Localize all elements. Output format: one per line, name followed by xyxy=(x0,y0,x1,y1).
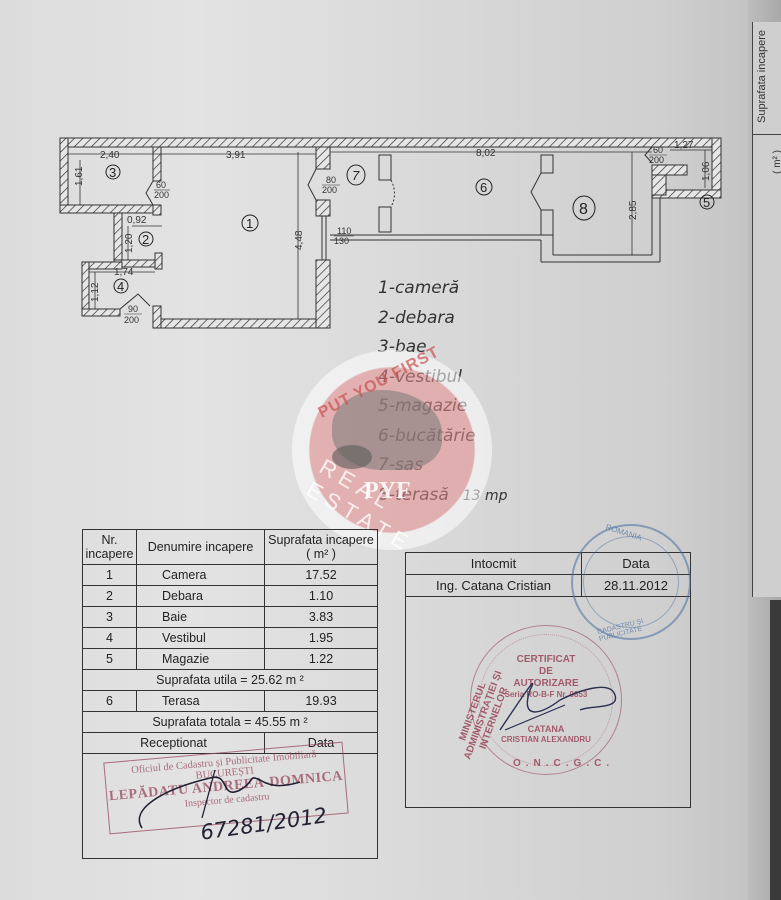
cell-nr: 5 xyxy=(83,649,137,670)
door-storage-height: 200 xyxy=(649,155,664,165)
cell-name: Vestibul xyxy=(137,628,265,649)
cell-name: Terasa xyxy=(137,691,265,712)
watermark-logo: PUT YOU FIRST PYF REAL ESTATE xyxy=(292,350,492,550)
room-number-3: 3 xyxy=(109,165,116,180)
door-terrace-height: 200 xyxy=(322,185,337,195)
room-number-4: 4 xyxy=(117,279,124,294)
window-top: 110 xyxy=(337,226,351,236)
terrace-outline xyxy=(322,198,660,262)
cell-area: 17.52 xyxy=(265,565,378,586)
dim-room1-width: 3,91 xyxy=(226,150,246,161)
header-name: Denumire incapere xyxy=(137,530,265,565)
rooms-table: Nr. incapere Denumire incapere Suprafata… xyxy=(82,529,378,754)
usable-area-row: Suprafata utila = 25.62 m ² xyxy=(83,670,378,691)
legend-item: 1-cameră xyxy=(378,274,508,304)
door-bath-height: 200 xyxy=(154,190,169,200)
dim-room2-height: 1,20 xyxy=(124,233,135,253)
cell-area: 3.83 xyxy=(265,607,378,628)
cell-area: 1.22 xyxy=(265,649,378,670)
room-number-5: 5 xyxy=(703,195,710,210)
window-bottom: 130 xyxy=(334,236,349,246)
table-header-row: Nr. incapere Denumire incapere Suprafata… xyxy=(83,530,378,565)
engineer-signature-icon xyxy=(490,660,630,740)
dim-room4-width: 1,74 xyxy=(114,267,134,278)
prepared-label: Intocmit xyxy=(406,553,582,575)
cell-nr: 4 xyxy=(83,628,137,649)
header-nr: Nr. incapere xyxy=(83,530,137,565)
room-number-8: 8 xyxy=(579,201,588,218)
table-row: 6 Terasa 19.93 xyxy=(83,691,378,712)
door-terrace-width: 80 xyxy=(326,175,336,185)
auth-stamp-org: O.N.C.G.C. xyxy=(513,758,614,769)
header-area: Suprafata incapere ( m² ) xyxy=(265,530,378,565)
cell-area: 19.93 xyxy=(265,691,378,712)
door-bath-width: 60 xyxy=(156,180,166,190)
dim-terrace-length: 8,02 xyxy=(476,148,496,159)
dim-room2-width: 0,92 xyxy=(127,215,147,226)
dim-room3-width: 2,40 xyxy=(100,150,120,161)
door-storage-width: 60 xyxy=(653,145,663,155)
dim-terrace-height: 2,85 xyxy=(628,200,639,220)
table-row: 5 Magazie 1.22 xyxy=(83,649,378,670)
dim-room4-height: 1,12 xyxy=(90,282,101,302)
cell-name: Debara xyxy=(137,586,265,607)
table-row: 4 Vestibul 1.95 xyxy=(83,628,378,649)
dim-room5-height: 1,06 xyxy=(701,161,712,181)
usable-area: Suprafata utila = 25.62 m ² xyxy=(83,670,378,691)
blue-official-stamp: ROMANIA CADASTRU ȘI PUBLICITATE xyxy=(571,524,691,640)
room-number-6: 6 xyxy=(480,180,487,195)
cell-name: Magazie xyxy=(137,649,265,670)
room-number-7: 7 xyxy=(352,168,360,183)
cell-nr: 3 xyxy=(83,607,137,628)
prepared-by: Ing. Catana Cristian xyxy=(406,575,582,597)
table-row: 2 Debara 1.10 xyxy=(83,586,378,607)
cell-name: Camera xyxy=(137,565,265,586)
dim-room3-height: 1,61 xyxy=(74,166,85,186)
cell-nr: 6 xyxy=(83,691,137,712)
cell-area: 1.95 xyxy=(265,628,378,649)
dim-room5-width: 1,27 xyxy=(674,140,694,151)
room-number-2: 2 xyxy=(142,232,149,247)
dim-room1-height: 4,48 xyxy=(294,230,305,250)
door-entry-width: 90 xyxy=(128,304,138,314)
table-row: 1 Camera 17.52 xyxy=(83,565,378,586)
cell-area: 1.10 xyxy=(265,586,378,607)
door-entry-height: 200 xyxy=(124,315,139,325)
cell-name: Baie xyxy=(137,607,265,628)
room-number-1: 1 xyxy=(246,216,253,231)
cell-nr: 1 xyxy=(83,565,137,586)
table-row: 3 Baie 3.83 xyxy=(83,607,378,628)
total-area-row: Suprafata totala = 45.55 m ² xyxy=(83,712,378,733)
legend-item: 2-debara xyxy=(378,304,508,334)
cell-nr: 2 xyxy=(83,586,137,607)
total-area: Suprafata totala = 45.55 m ² xyxy=(83,712,378,733)
